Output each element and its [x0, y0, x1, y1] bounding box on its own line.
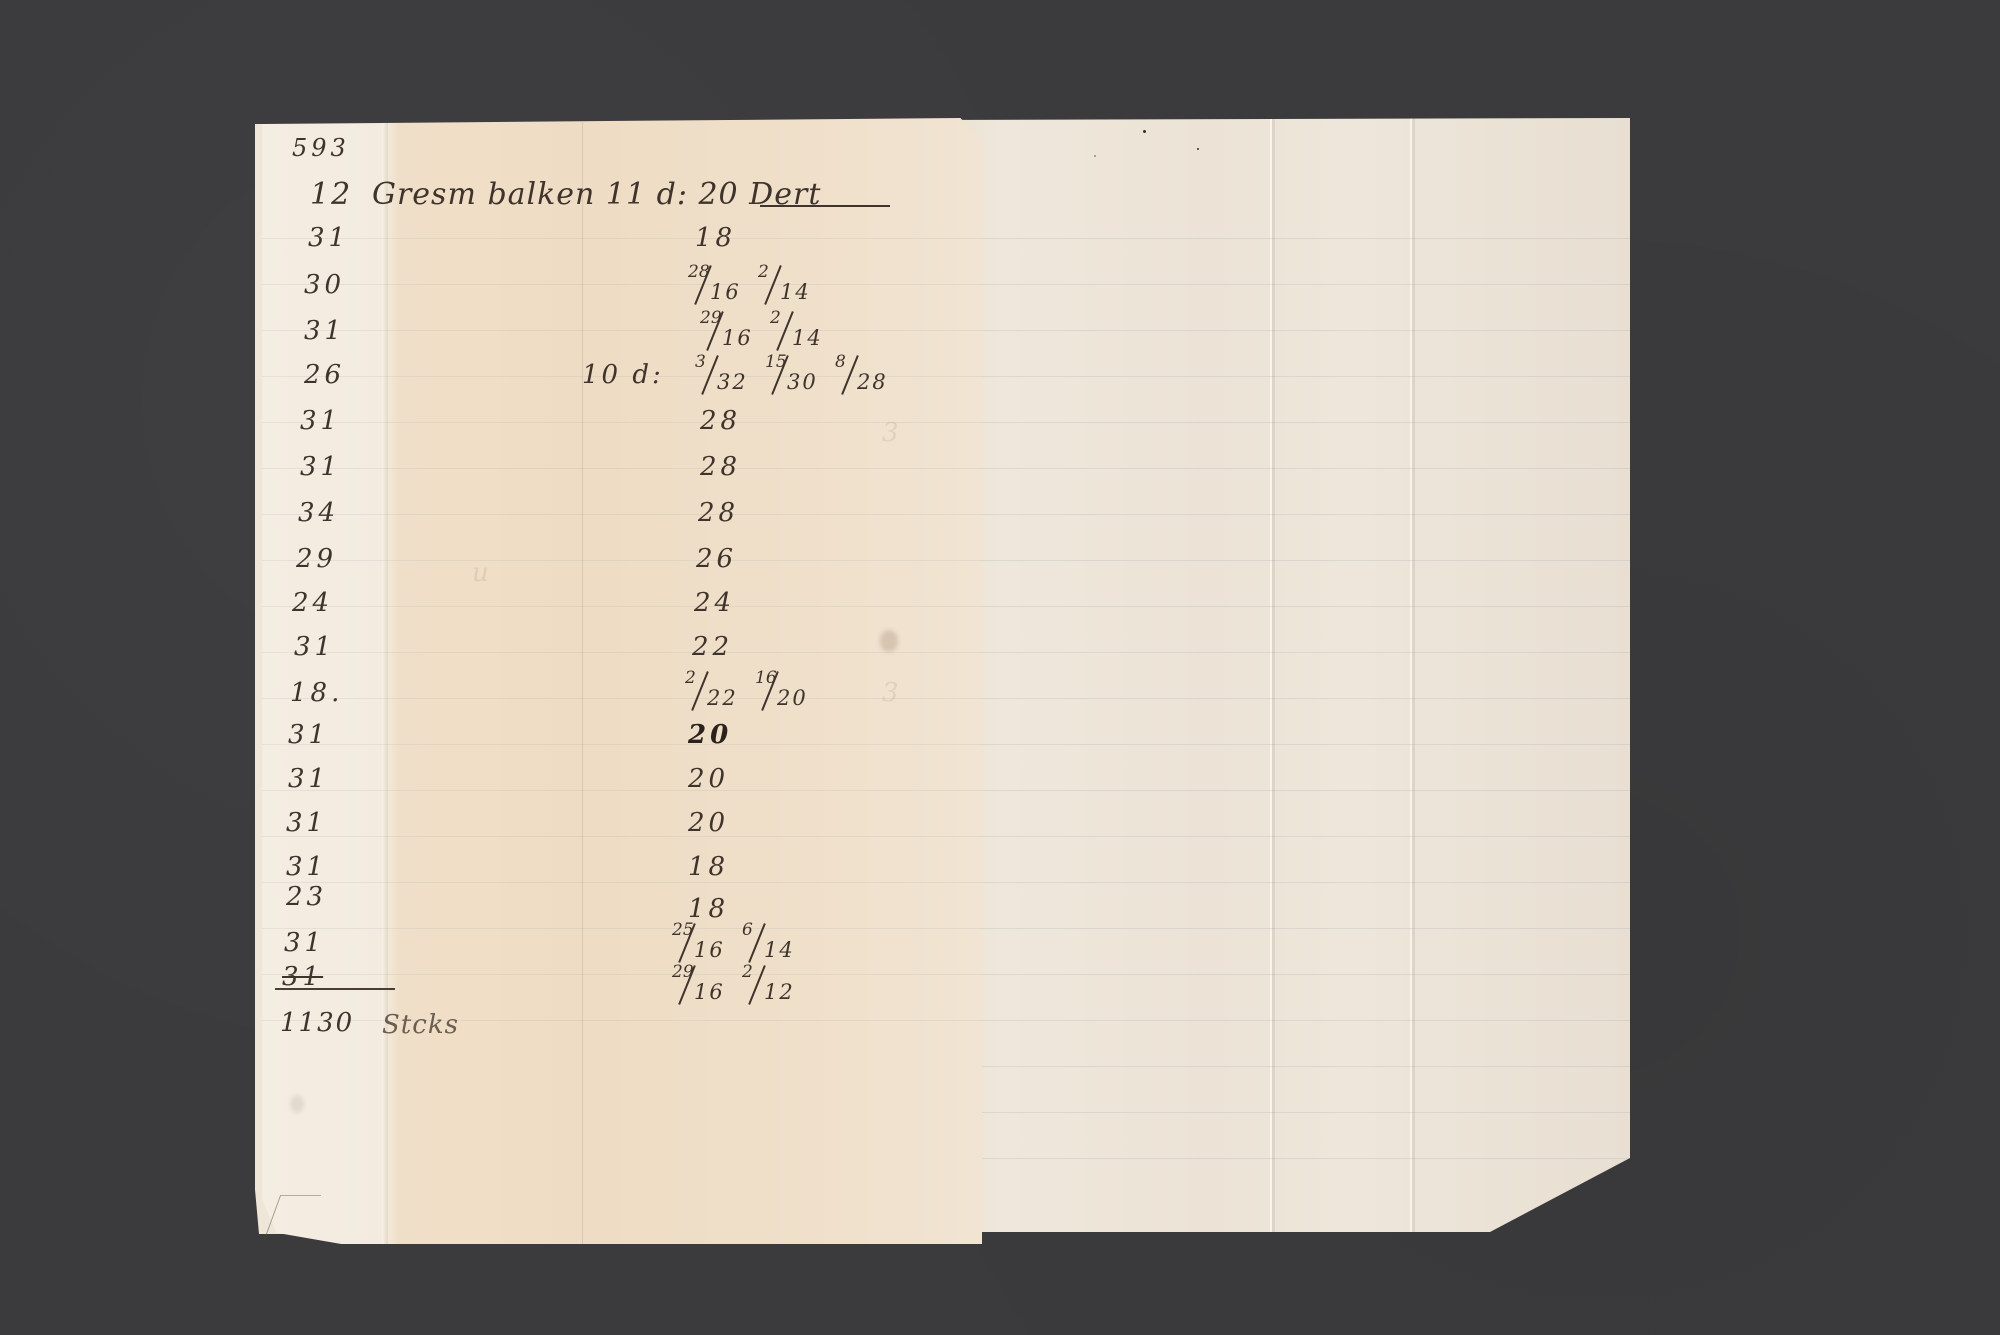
row-count: 24: [292, 590, 333, 616]
row-entry-fractions: 2916212: [672, 962, 812, 1008]
paper-speck: [1197, 148, 1199, 150]
row-count: 26: [304, 362, 345, 388]
row-count: 18.: [290, 680, 343, 706]
paper-speck: [1094, 155, 1096, 157]
heading-count: 12: [310, 180, 352, 210]
row-count: 30: [304, 272, 345, 298]
row-entry-bold: 20: [688, 722, 732, 748]
row-count: 31: [288, 766, 329, 792]
ink-stain: [290, 1095, 304, 1113]
row-entry: 18: [688, 854, 729, 880]
ink-stain: [880, 630, 898, 652]
row-count: 31: [286, 810, 327, 836]
row-count: 31: [300, 454, 341, 480]
row-count: 31: [308, 225, 349, 251]
row-entry-fractions: 2916214: [700, 308, 840, 354]
row-entry: 26: [696, 546, 737, 572]
row-count: 31: [300, 408, 341, 434]
heading-flourish: [760, 205, 890, 207]
row-prefix: 10 d:: [582, 362, 664, 388]
row-entry: 22: [692, 634, 733, 660]
row-entry-fractions: 3321530828: [695, 352, 905, 398]
total-label: Stcks: [382, 1012, 459, 1038]
fold-crease-shadow: [1272, 118, 1275, 1232]
row-count: 31: [284, 930, 325, 956]
row-count: 31: [294, 634, 335, 660]
row-entry: 20: [688, 810, 729, 836]
row-count: 31: [286, 854, 327, 880]
row-entry-fractions: 2221620: [685, 668, 825, 714]
fold-crease: [582, 118, 583, 1244]
row-count: 31: [288, 722, 329, 748]
total-value: 1130: [280, 1010, 354, 1036]
fold-strip: [382, 118, 388, 1244]
right-page-blank: 3 3 3 3: [930, 118, 1630, 1232]
row-entry: 24: [694, 590, 735, 616]
fold-crease-shadow: [1412, 118, 1415, 1232]
row-count-struck: 31: [282, 964, 323, 990]
row-count: 31: [304, 318, 345, 344]
row-count: 34: [298, 500, 339, 526]
row-entry: 18: [688, 896, 729, 922]
header-number: 593: [292, 136, 350, 160]
row-count: 29: [296, 546, 337, 572]
row-entry: 18: [695, 225, 736, 251]
row-count: 23: [286, 884, 327, 910]
heading-text: Gresm balken 11 d: 20 Dert: [372, 180, 821, 210]
sum-underline: [275, 988, 395, 990]
left-page-ledger: 3 3 u: [262, 118, 982, 1244]
row-entry-fractions: 2516614: [672, 920, 812, 966]
row-entry-fractions: 2816214: [688, 262, 828, 308]
row-entry: 28: [698, 500, 739, 526]
paper-speck: [1143, 130, 1146, 133]
row-entry: 20: [688, 766, 729, 792]
row-entry: 28: [700, 454, 741, 480]
row-entry: 28: [700, 408, 741, 434]
